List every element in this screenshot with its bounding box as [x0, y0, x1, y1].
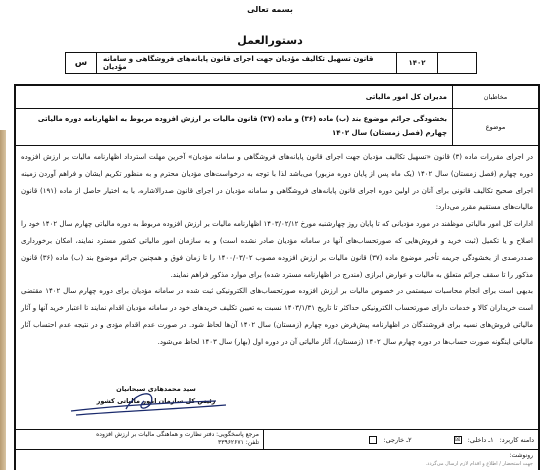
header-empty-cell — [437, 53, 476, 73]
footer-row: دامنه کاربرد: ۱ـ داخلی: ☒ ۲ـ خارجی: مرجع… — [16, 429, 538, 450]
reference-phone: تلفن: ۳۳۹۶۲۶۷۱ — [20, 439, 259, 447]
body-paragraph: بدیهی است برای انجام محاسبات سیستمی در خ… — [21, 283, 533, 350]
body-paragraph: ادارات کل امور مالیاتی موظفند در مورد مؤ… — [21, 216, 533, 283]
subject-value: بخشودگی جرائم موضوع بند (ب) ماده (۳۶) و … — [16, 109, 452, 145]
copy-text: جهت استحضار / اطلاع و اقدام لازم ارسال م… — [21, 460, 533, 469]
subject-label: موضوع — [452, 109, 538, 145]
copy-section: رونوشت: جهت استحضار / اطلاع و اقدام لازم… — [16, 451, 538, 469]
audience-value: مدیران کل امور مالیاتی — [16, 86, 452, 108]
page-edge-shadow — [0, 130, 6, 470]
audience-row: مخاطبان مدیران کل امور مالیاتی — [16, 86, 538, 109]
subject-row: موضوع بخشودگی جرائم موضوع بند (ب) ماده (… — [16, 109, 538, 146]
handwritten-signature-icon — [66, 389, 236, 419]
document-main-frame: مخاطبان مدیران کل امور مالیاتی موضوع بخش… — [14, 84, 540, 470]
document-body: در اجرای مقررات ماده (۳) قانون «تسهیل تک… — [16, 146, 538, 401]
external-label: ۲ـ خارجی: — [383, 436, 411, 444]
document-title: دستورالعمل — [0, 34, 540, 47]
scope-cell: دامنه کاربرد: ۱ـ داخلی: ☒ ۲ـ خارجی: — [263, 430, 538, 449]
internal-label: ۱ـ داخلی: — [468, 436, 494, 444]
body-paragraph: در اجرای مقررات ماده (۳) قانون «تسهیل تک… — [21, 149, 533, 216]
external-checkbox[interactable] — [369, 436, 377, 444]
signature-block: سید محمدهادی سبحانیان رئیس کل سازمان امو… — [76, 383, 236, 407]
header-law-title: قانون تسهیل تکالیف مؤدیان جهت اجرای قانو… — [96, 53, 396, 73]
copy-label: رونوشت: — [21, 451, 533, 460]
header-info-box: ۱۴۰۲ قانون تسهیل تکالیف مؤدیان جهت اجرای… — [65, 52, 477, 74]
header-letter-code: س — [66, 53, 96, 73]
bismillah-heading: بسمه تعالی — [0, 5, 540, 14]
internal-checkbox[interactable]: ☒ — [454, 436, 462, 444]
reference-cell: مرجع پاسخگویی: دفتر نظارت و هماهنگی مالی… — [16, 430, 263, 449]
header-year: ۱۴۰۲ — [396, 53, 437, 73]
scope-label: دامنه کاربرد: — [500, 436, 534, 444]
audience-label: مخاطبان — [452, 86, 538, 108]
reference-text: مرجع پاسخگویی: دفتر نظارت و هماهنگی مالی… — [20, 431, 259, 439]
